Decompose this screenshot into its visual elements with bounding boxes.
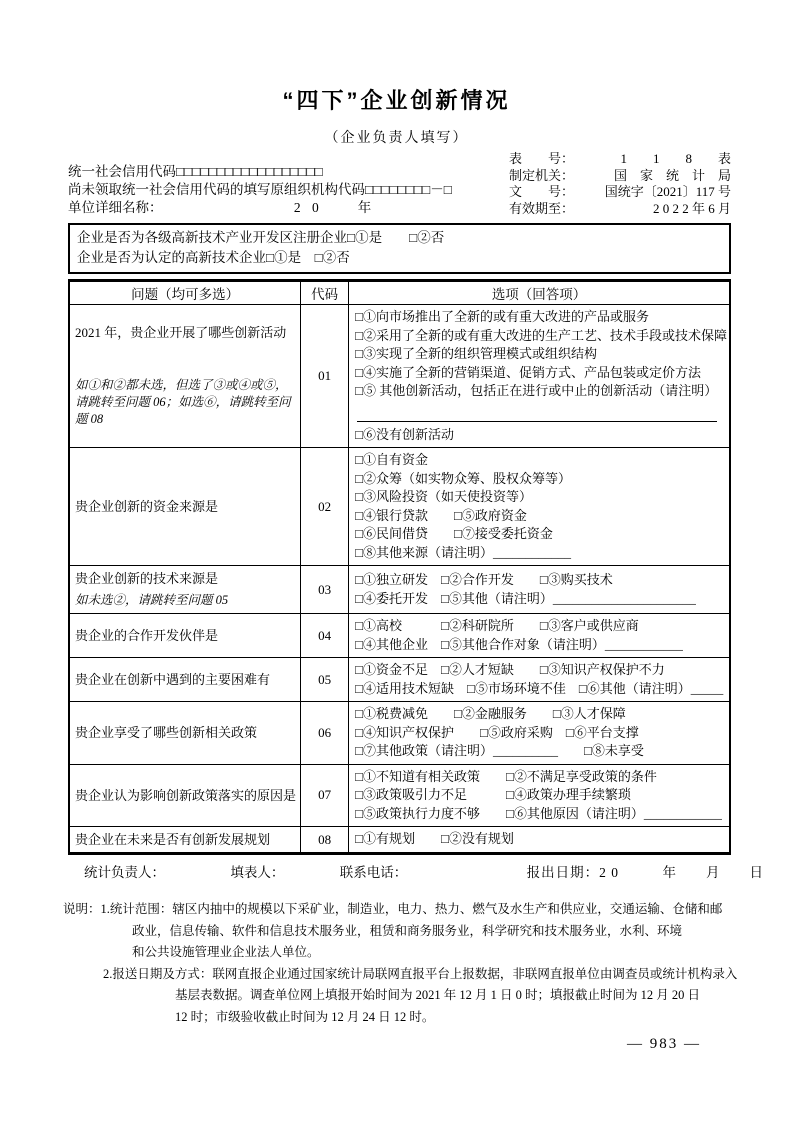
question-row: 贵企业在未来是否有创新发展规划08□①有规划 □②没有规划	[69, 827, 730, 854]
question-row: 贵企业认为影响创新政策落实的原因是07□①不知道有相关政策 □②不满足享受政策的…	[69, 764, 730, 827]
meta-value: 2 0 2 2 年 6 月	[653, 201, 731, 218]
question-cell: 贵企业认为影响创新政策落实的原因是	[69, 764, 301, 827]
options-cell: □①自有资金□②众筹（如实物众筹、股权众筹等）□③风险投资（如天使投资等）□④银…	[349, 448, 730, 566]
option-line: □④适用技术短缺 □⑤市场环境不佳 □⑥其他（请注明）_____	[355, 680, 727, 699]
meta-label: 文 号：	[509, 184, 574, 201]
option-line: □⑤政策执行力度不够 □⑥其他原因（请注明）____________	[355, 805, 727, 824]
options-cell: □①高校 □②科研院所 □③客户或供应商□④其他企业 □⑤其他合作对象（请注明）…	[349, 614, 730, 658]
question-text: 贵企业享受了哪些创新相关政策	[75, 724, 296, 741]
contact-phone-label: 联系电话：	[340, 865, 408, 880]
question-text: 贵企业在未来是否有创新发展规划	[75, 831, 296, 848]
pre-question-hightech-enterprise: 企业是否为认定的高新技术企业□①是 □②否	[77, 248, 722, 268]
question-row: 2021 年，贵企业开展了哪些创新活动如①和②都未选，但选了③或④或⑤，请跳转至…	[69, 305, 730, 448]
question-code: 05	[301, 658, 349, 702]
note-line: 12 时；市级验收截止时间为 12 月 24 日 12 时。	[63, 1007, 793, 1029]
table-header-row: 问题（均可多选） 代码 选项（回答项）	[69, 281, 730, 305]
options-cell: □①独立研发 □②合作开发 □③购买技术□④委托开发 □⑤其他（请注明）____…	[349, 566, 730, 614]
option-line: □④委托开发 □⑤其他（请注明）______________________	[355, 590, 727, 609]
option-line: □④银行贷款 □⑤政府资金	[355, 507, 727, 526]
option-blank-line	[357, 410, 717, 422]
question-code: 03	[301, 566, 349, 614]
options-cell: □①有规划 □②没有规划	[349, 827, 730, 854]
unit-name-label: 单位详细名称：	[68, 200, 163, 215]
page-number: — 983 —	[627, 1036, 701, 1053]
note-line: 说明：1.统计范围：辖区内抽中的规模以下采矿业，制造业，电力、热力、燃气及水生产…	[63, 899, 793, 921]
option-line: □②众筹（如实物众筹、股权众筹等）	[355, 470, 727, 489]
option-line: □⑥民间借贷 □⑦接受委托资金	[355, 525, 727, 544]
option-line: □①向市场推出了全新的或有重大改进的产品或服务	[355, 308, 727, 327]
option-line: □⑦其他政策（请注明）__________ □⑧未享受	[355, 742, 727, 761]
question-code: 08	[301, 827, 349, 854]
pre-question-hightech-zone: 企业是否为各级高新技术产业开发区注册企业□①是 □②否	[77, 228, 722, 248]
note-line: 基层表数据。调查单位网上填报开始时间为 2021 年 12 月 1 日 0 时；…	[63, 985, 793, 1007]
option-line: □①有规划 □②没有规划	[355, 830, 727, 849]
column-header-code: 代码	[301, 281, 349, 305]
option-line: □①不知道有相关政策 □②不满足享受政策的条件	[355, 768, 727, 787]
option-line: □①税费减免 □②金融服务 □③人才保障	[355, 705, 727, 724]
question-row: 贵企业的合作开发伙伴是04□①高校 □②科研院所 □③客户或供应商□④其他企业 …	[69, 614, 730, 658]
question-cell: 贵企业创新的技术来源是如未选②，请跳转至问题 05	[69, 566, 301, 614]
meta-value: 国 家 统 计 局	[614, 168, 731, 185]
question-cell: 贵企业创新的资金来源是	[69, 448, 301, 566]
options-cell: □①不知道有相关政策 □②不满足享受政策的条件□③政策吸引力不足 □④政策办理手…	[349, 764, 730, 827]
form-meta-block: 表 号： 1 1 8 表 制定机关： 国 家 统 计 局 文 号： 国统字〔20…	[509, 151, 731, 217]
meta-label: 有效期至：	[509, 201, 574, 218]
form-filler-label: 填表人：	[230, 865, 284, 880]
question-row: 贵企业创新的资金来源是02□①自有资金□②众筹（如实物众筹、股权众筹等）□③风险…	[69, 448, 730, 566]
option-line: □①资金不足 □②人才短缺 □③知识产权保护不力	[355, 661, 727, 680]
option-line: □③政策吸引力不足 □④政策办理手续繁琐	[355, 786, 727, 805]
option-line: □⑥没有创新活动	[355, 426, 727, 445]
option-line: □①独立研发 □②合作开发 □③购买技术	[355, 571, 727, 590]
note-line: 2.报送日期及方式：联网直报企业通过国家统计局联网直报平台上报数据，非联网直报单…	[63, 964, 793, 986]
option-line: □⑧其他来源（请注明）____________	[355, 544, 727, 563]
options-cell: □①税费减免 □②金融服务 □③人才保障□④知识产权保护 □⑤政府采购 □⑥平台…	[349, 702, 730, 765]
question-text: 贵企业创新的资金来源是	[75, 498, 296, 515]
form-subtitle: （企业负责人填写）	[0, 127, 793, 147]
notes-section: 说明：1.统计范围：辖区内抽中的规模以下采矿业，制造业，电力、热力、燃气及水生产…	[63, 899, 793, 1028]
question-text: 贵企业认为影响创新政策落实的原因是	[75, 787, 296, 804]
report-date-label: 报出日期：2 0 年 月 日	[527, 865, 764, 880]
unit-name-line: 单位详细名称： 2 0 年	[68, 199, 452, 217]
header-info: 统一社会信用代码□□□□□□□□□□□□□□□□□□ 尚未领取统一社会信用代码的…	[68, 151, 731, 217]
report-year-blank: 2 0 年	[294, 200, 375, 215]
table-body: 2021 年，贵企业开展了哪些创新活动如①和②都未选，但选了③或④或⑤，请跳转至…	[69, 305, 730, 854]
option-line: □④其他企业 □⑤其他合作对象（请注明）____________	[355, 636, 727, 655]
header-left-block: 统一社会信用代码□□□□□□□□□□□□□□□□□□ 尚未领取统一社会信用代码的…	[68, 163, 452, 217]
credit-code-line: 统一社会信用代码□□□□□□□□□□□□□□□□□□	[68, 163, 452, 181]
options-cell: □①向市场推出了全新的或有重大改进的产品或服务□②采用了全新的或有重大改进的生产…	[349, 305, 730, 448]
meta-row-document-number: 文 号： 国统字〔2021〕117 号	[509, 184, 731, 201]
option-line: □④知识产权保护 □⑤政府采购 □⑥平台支撑	[355, 724, 727, 743]
question-note: 如①和②都未选，但选了③或④或⑤，请跳转至问题 06；如选⑥，请跳转至问题 08	[75, 377, 296, 428]
options-cell: □①资金不足 □②人才短缺 □③知识产权保护不力□④适用技术短缺 □⑤市场环境不…	[349, 658, 730, 702]
option-line: □③实现了全新的组织管理模式或组织结构	[355, 345, 727, 364]
table-header: 问题（均可多选） 代码 选项（回答项）	[69, 281, 730, 305]
question-cell: 贵企业在未来是否有创新发展规划	[69, 827, 301, 854]
column-header-question: 问题（均可多选）	[69, 281, 301, 305]
note-line: 政业，信息传输、软件和信息技术服务业，租赁和商务服务业，科学研究和技术服务业，水…	[63, 921, 793, 943]
signature-row: 统计负责人： 填表人： 联系电话： 报出日期：2 0 年 月 日	[68, 861, 731, 881]
meta-label: 制定机关：	[509, 168, 574, 185]
question-cell: 2021 年，贵企业开展了哪些创新活动如①和②都未选，但选了③或④或⑤，请跳转至…	[69, 305, 301, 448]
question-cell: 贵企业的合作开发伙伴是	[69, 614, 301, 658]
option-line: □④实施了全新的营销渠道、促销方式、产品包装或定价方法	[355, 364, 727, 383]
question-code: 07	[301, 764, 349, 827]
question-row: 贵企业在创新中遇到的主要困难有05□①资金不足 □②人才短缺 □③知识产权保护不…	[69, 658, 730, 702]
question-cell: 贵企业在创新中遇到的主要困难有	[69, 658, 301, 702]
question-code: 02	[301, 448, 349, 566]
question-code: 06	[301, 702, 349, 765]
option-line: □②采用了全新的或有重大改进的生产工艺、技术手段或技术保障	[355, 327, 727, 346]
form-title: “四下”企业创新情况	[0, 84, 793, 115]
note-line: 和公共设施管理业企业法人单位。	[63, 942, 793, 964]
option-line: □①自有资金	[355, 451, 727, 470]
question-code: 01	[301, 305, 349, 448]
question-note: 如未选②，请跳转至问题 05	[75, 592, 296, 609]
question-text: 贵企业在创新中遇到的主要困难有	[75, 671, 296, 688]
org-code-line: 尚未领取统一社会信用代码的填写原组织机构代码□□□□□□□□－□	[68, 181, 452, 199]
question-row: 贵企业创新的技术来源是如未选②，请跳转至问题 0503□①独立研发 □②合作开发…	[69, 566, 730, 614]
meta-label: 表 号：	[509, 151, 574, 168]
high-tech-question-box: 企业是否为各级高新技术产业开发区注册企业□①是 □②否 企业是否为认定的高新技术…	[68, 223, 731, 274]
question-cell: 贵企业享受了哪些创新相关政策	[69, 702, 301, 765]
question-text: 贵企业的合作开发伙伴是	[75, 627, 296, 644]
meta-row-valid-until: 有效期至： 2 0 2 2 年 6 月	[509, 201, 731, 218]
meta-row-issuing-agency: 制定机关： 国 家 统 计 局	[509, 168, 731, 185]
question-code: 04	[301, 614, 349, 658]
question-row: 贵企业享受了哪些创新相关政策06□①税费减免 □②金融服务 □③人才保障□④知识…	[69, 702, 730, 765]
column-header-options: 选项（回答项）	[349, 281, 730, 305]
meta-value: 国统字〔2021〕117 号	[605, 184, 731, 201]
meta-value: 1 1 8 表	[620, 151, 731, 168]
meta-row-form-number: 表 号： 1 1 8 表	[509, 151, 731, 168]
stat-head-label: 统计负责人：	[84, 865, 165, 880]
question-text: 贵企业创新的技术来源是	[75, 570, 296, 587]
option-line: □③风险投资（如天使投资等）	[355, 488, 727, 507]
option-line: □⑤ 其他创新活动，包括正在进行或中止的创新活动（请注明）	[355, 382, 727, 401]
questionnaire-table: 问题（均可多选） 代码 选项（回答项） 2021 年，贵企业开展了哪些创新活动如…	[68, 279, 731, 855]
question-text: 2021 年，贵企业开展了哪些创新活动	[75, 324, 296, 341]
form-page: “四下”企业创新情况 （企业负责人填写） 统一社会信用代码□□□□□□□□□□□…	[0, 0, 793, 1122]
option-line: □①高校 □②科研院所 □③客户或供应商	[355, 617, 727, 636]
